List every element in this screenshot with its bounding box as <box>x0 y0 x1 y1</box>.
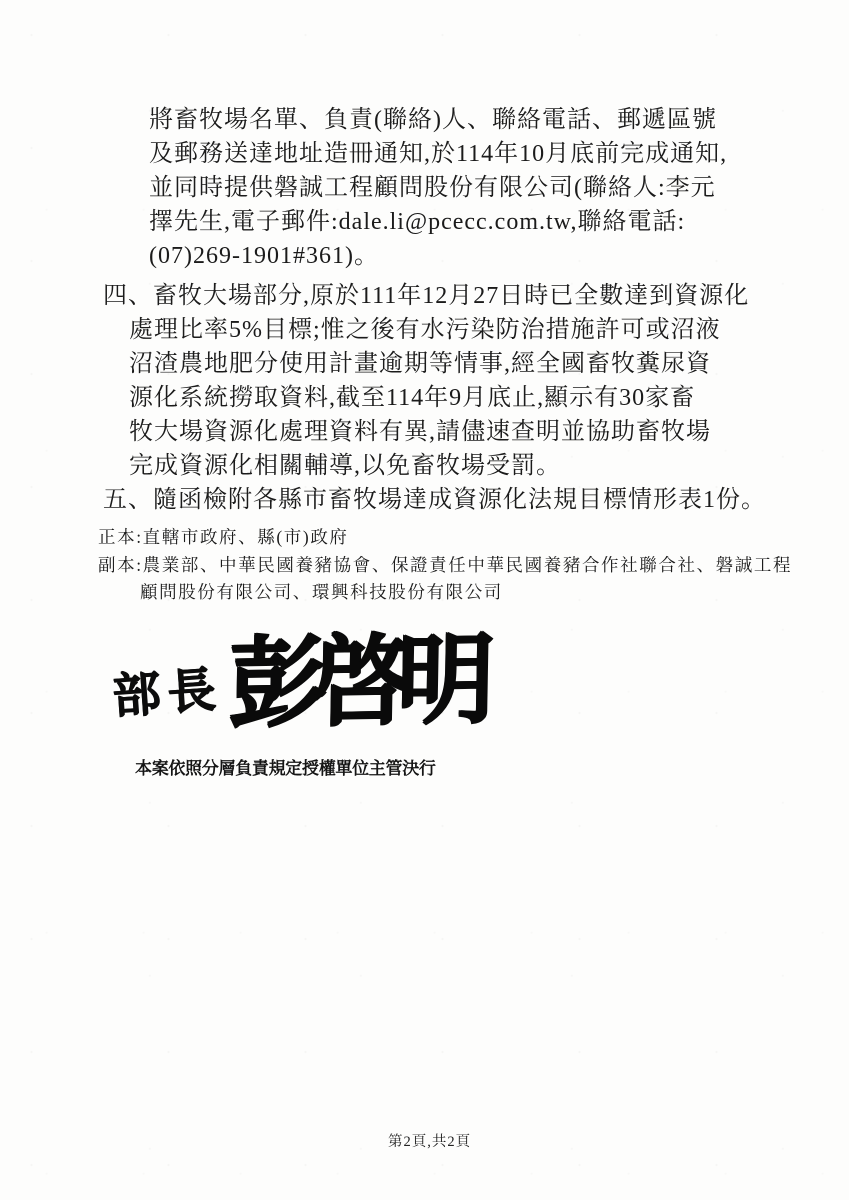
page-number-footer: 第2頁,共2頁 <box>388 1130 471 1151</box>
body-line: 源化系統撈取資料,截至114年9月底止,顯示有30家畜 <box>129 381 749 415</box>
body-line: 牧大場資源化處理資料有異,請儘速查明並協助畜牧場 <box>129 415 749 449</box>
body-line: 處理比率5%目標;惟之後有水污染防治措施許可或沼液 <box>129 313 749 347</box>
paragraph-continuation: 將畜牧場名單、負責(聯絡)人、聯絡電話、郵遞區號 及郵務送達地址造冊通知,於11… <box>149 103 727 273</box>
body-line: 並同時提供磐誠工程顧問股份有限公司(聯絡人:李元 <box>149 171 727 205</box>
list-item-first-line: 五、隨函檢附各縣市畜牧場達成資源化法規目標情形表1份。 <box>103 483 766 517</box>
recipients-block: 正本:直轄市政府、縣(市)政府 副本:農業部、中華民國養豬協會、保證責任中華民國… <box>98 524 792 607</box>
list-item-four: 四、畜牧大場部分,原於111年12月27日時已全數達到資源化 處理比率5%目標;… <box>103 279 749 483</box>
list-item-five: 五、隨函檢附各縣市畜牧場達成資源化法規目標情形表1份。 <box>103 483 766 517</box>
recipient-original-line: 正本:直轄市政府、縣(市)政府 <box>98 524 792 552</box>
body-line: (07)269-1901#361)。 <box>149 239 727 273</box>
body-line: 及郵務送達地址造冊通知,於114年10月底前完成通知, <box>149 137 727 171</box>
body-line: 完成資源化相關輔導,以免畜牧場受罰。 <box>129 449 749 483</box>
body-line: 將畜牧場名單、負責(聯絡)人、聯絡電話、郵遞區號 <box>149 103 727 137</box>
delegation-authority-note: 本案依照分層負責規定授權單位主管決行 <box>135 754 436 779</box>
document-page: 將畜牧場名單、負責(聯絡)人、聯絡電話、郵遞區號 及郵務送達地址造冊通知,於11… <box>0 0 849 1200</box>
minister-title-calligraphy: 部長 <box>110 650 225 727</box>
minister-signature: 彭啓明 <box>227 616 481 750</box>
body-line: 沼渣農地肥分使用計畫逾期等情事,經全國畜牧糞尿資 <box>129 347 749 381</box>
body-line: 擇先生,電子郵件:dale.li@pcecc.com.tw,聯絡電話: <box>149 205 727 239</box>
recipient-copy-line: 顧問股份有限公司、環興科技股份有限公司 <box>140 579 792 607</box>
recipient-copy-line: 副本:農業部、中華民國養豬協會、保證責任中華民國養豬合作社聯合社、磐誠工程 <box>98 552 792 580</box>
list-item-first-line: 四、畜牧大場部分,原於111年12月27日時已全數達到資源化 <box>103 279 749 313</box>
